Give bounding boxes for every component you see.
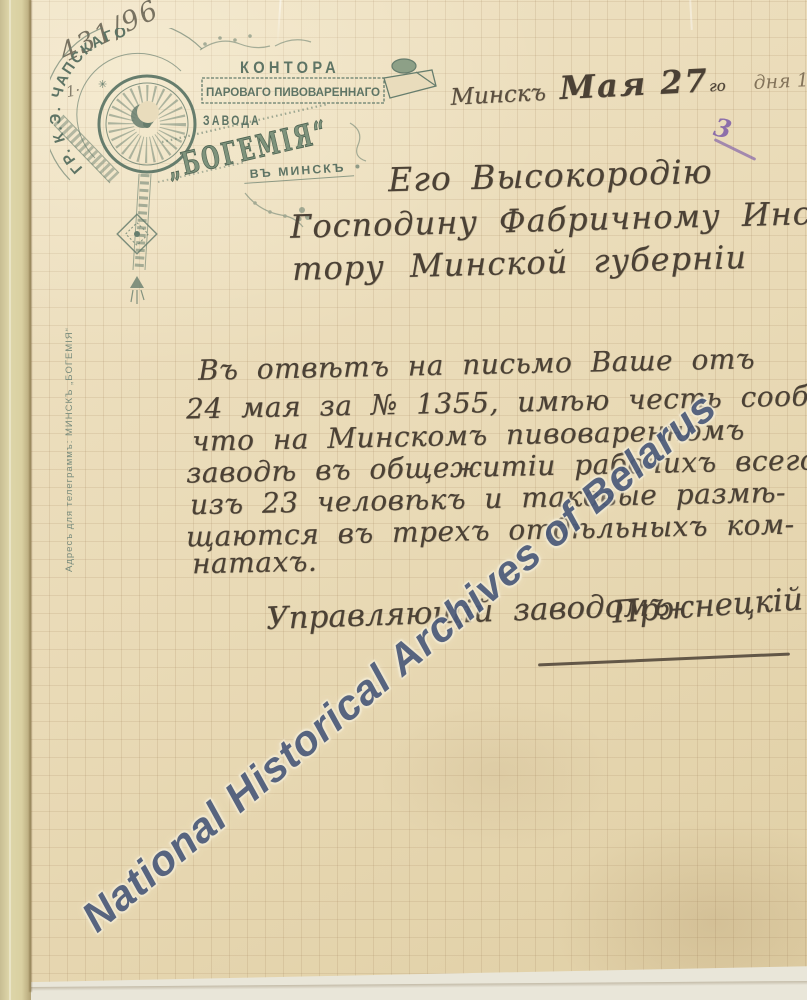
underlying-page-edge: [0, 0, 31, 1000]
date-ordinal: го: [709, 76, 727, 95]
scanned-letter: 431/96 1·: [0, 0, 807, 1000]
factory-line2-text: ЗАВОДА: [203, 112, 261, 128]
crescent-moon-icon: [131, 101, 159, 128]
date-city: Минскъ: [450, 80, 547, 111]
office-title-text: КОНТОРА: [240, 58, 340, 77]
page-edge-highlight: [9, 0, 11, 1000]
body-line: натахъ.: [192, 545, 318, 581]
page-bottom-shadow: [31, 981, 807, 991]
ribbon-scroll-end: [384, 59, 436, 98]
star-icon: ✳: [98, 79, 107, 91]
owner-arc-text: ГР. К.Э. ЧАПСКАГО: [50, 28, 130, 177]
binding-crease: [29, 0, 32, 992]
date-day: Мая 27: [559, 61, 710, 107]
factory-line-text: ПАРОВАГО ПИВОВАРЕННАГО: [206, 85, 380, 99]
date-year: дня 1896 г.: [753, 66, 807, 94]
telegram-address: Адресъ для телеграммъ: МИНСКЪ „БОГЕМІЯ“: [64, 327, 75, 572]
